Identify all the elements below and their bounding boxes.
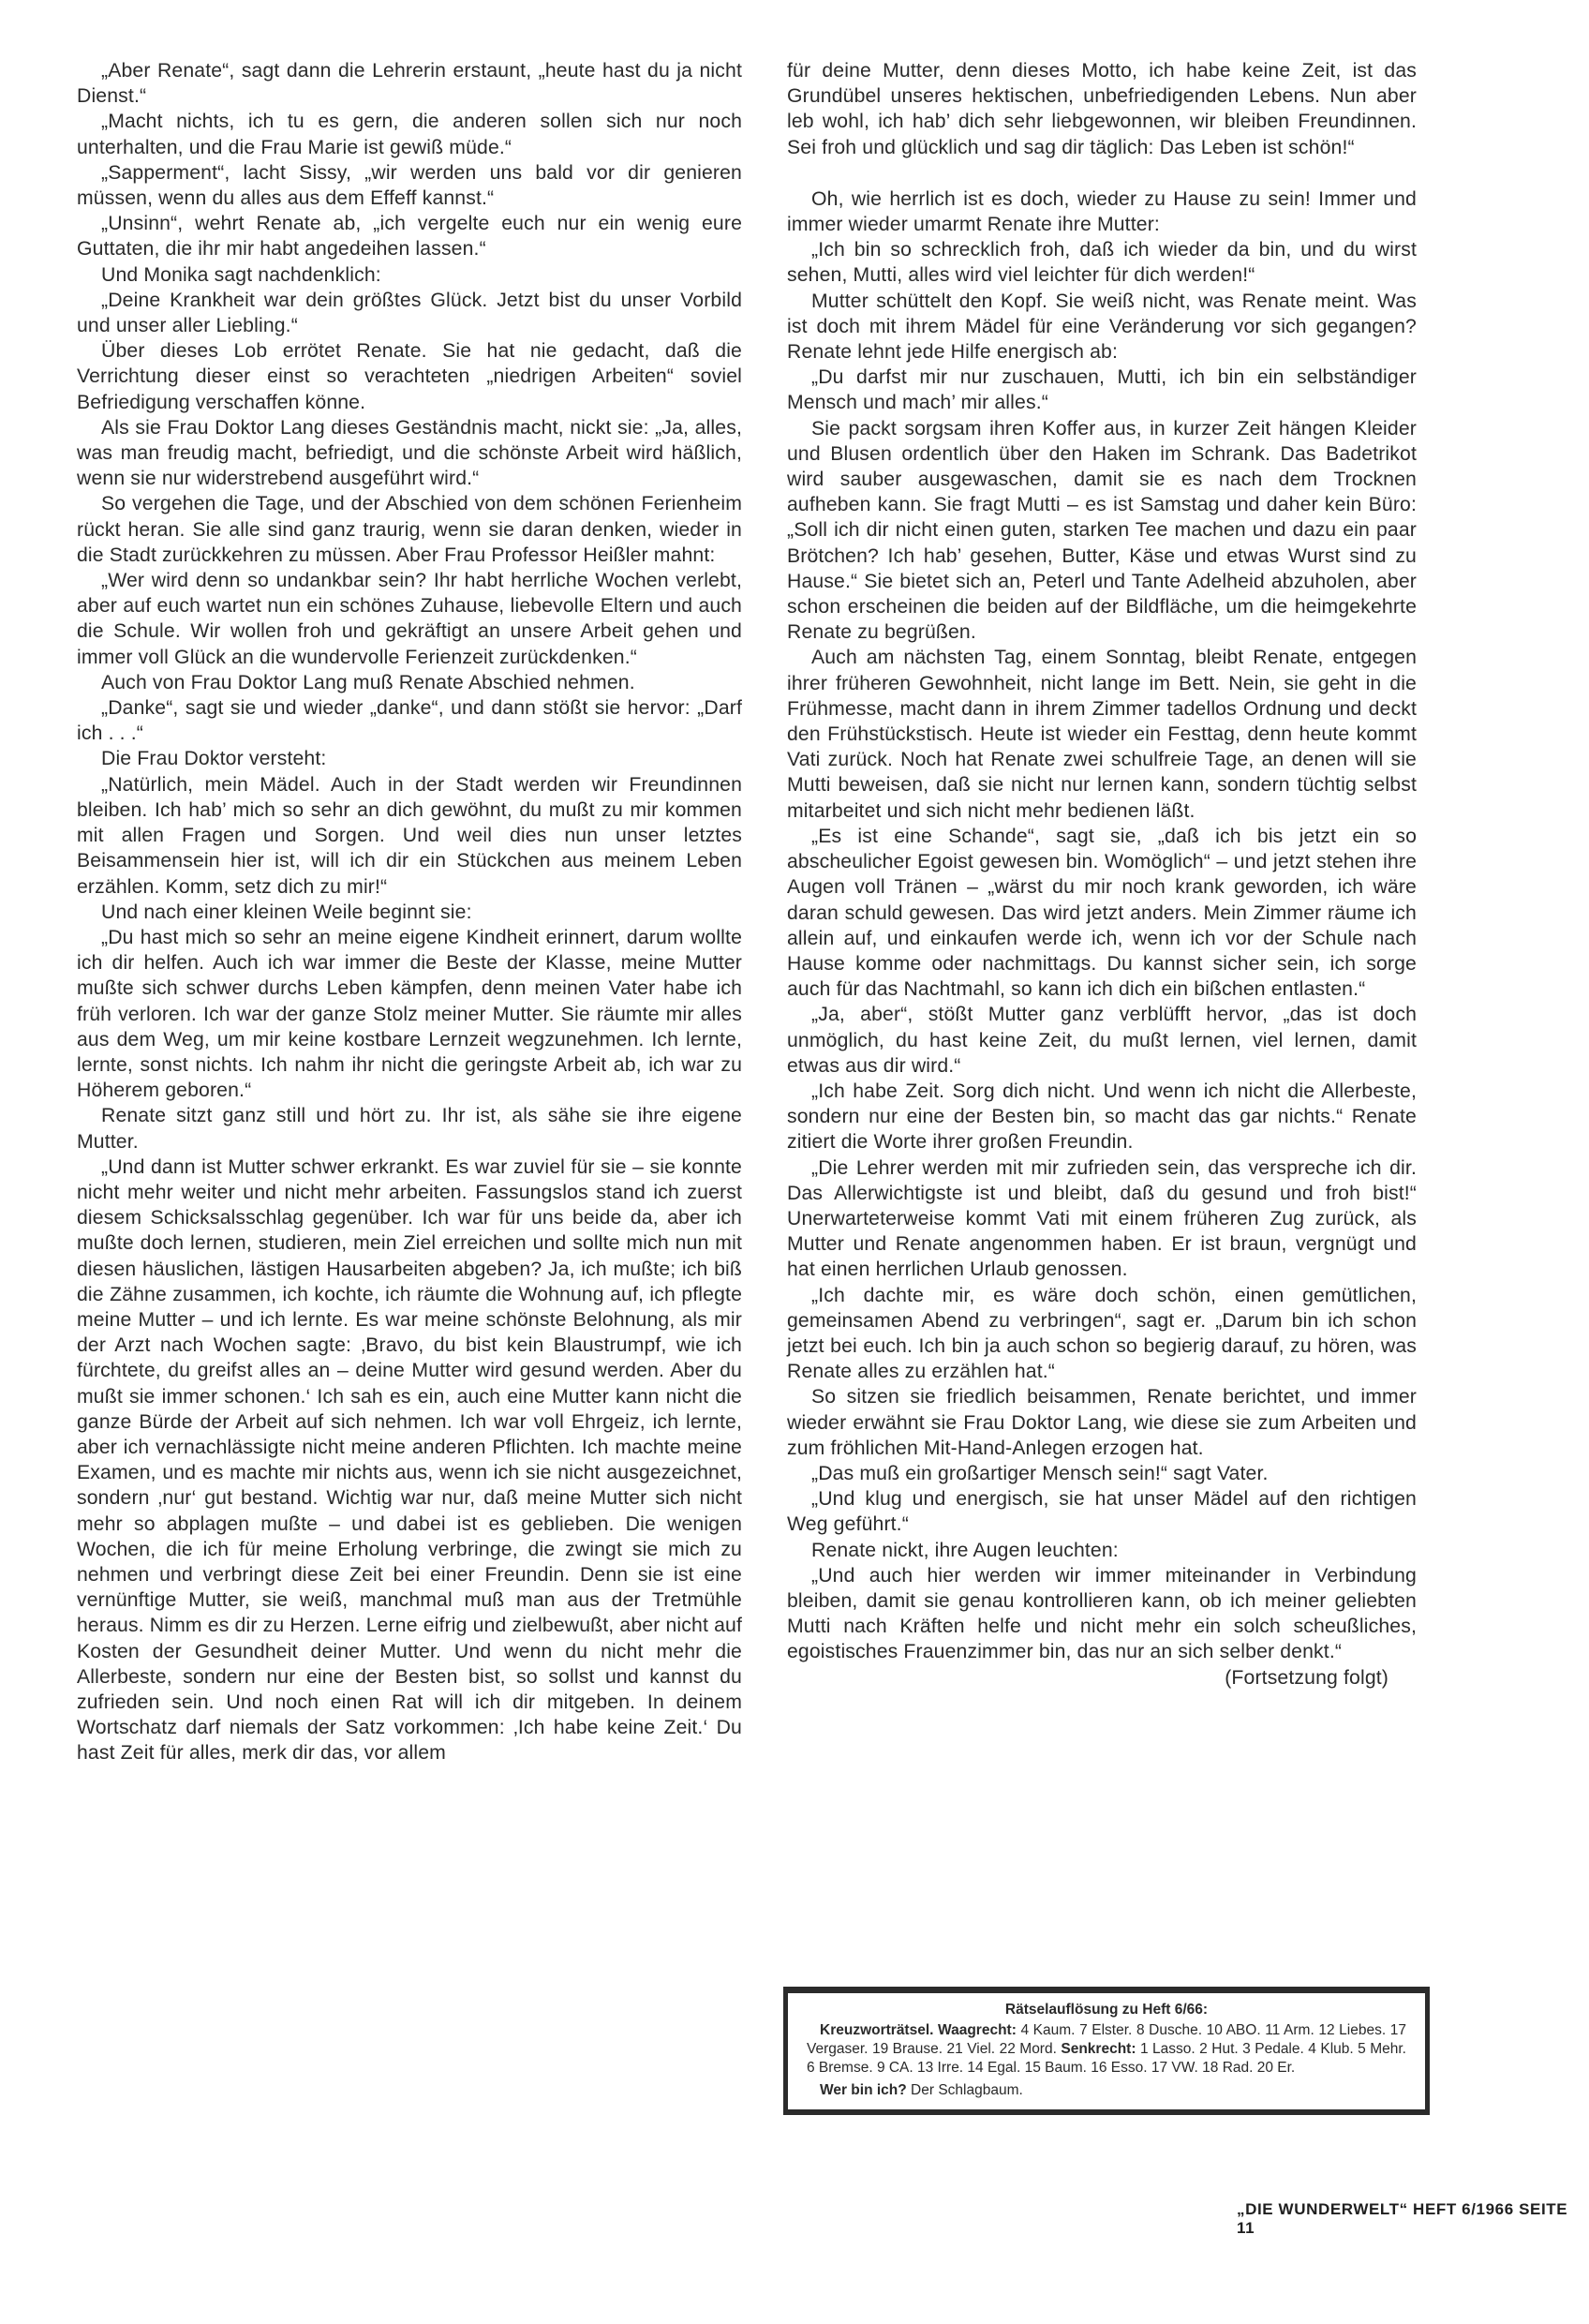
paragraph: „Sapperment“, lacht Sissy, „wir werden u…	[77, 160, 742, 211]
page-footer: „DIE WUNDERWELT“ HEFT 6/1966 SEITE 11	[1237, 2200, 1589, 2238]
who-am-i-answer: Der Schlagbaum.	[911, 2082, 1023, 2098]
paragraph: „Du darfst mir nur zuschauen, Mutti, ich…	[787, 365, 1417, 415]
who-am-i-solution: Wer bin ich? Der Schlagbaum.	[807, 2081, 1406, 2100]
continued-paragraph: für deine Mutter, denn dieses Motto, ich…	[787, 58, 1417, 160]
across-label: Waagrecht:	[938, 2022, 1017, 2038]
who-am-i-label: Wer bin ich?	[820, 2082, 907, 2098]
crossword-solution: Kreuzworträtsel. Waagrecht: 4 Kaum. 7 El…	[807, 2021, 1406, 2078]
paragraph: So sitzen sie friedlich beisammen, Renat…	[787, 1384, 1417, 1461]
paragraph: Oh, wie herrlich ist es doch, wieder zu …	[787, 186, 1417, 237]
paragraph: Die Frau Doktor versteht:	[77, 746, 742, 771]
paragraph: Auch am nächsten Tag, einem Sonntag, ble…	[787, 645, 1417, 823]
paragraph: Renate sitzt ganz still und hört zu. Ihr…	[77, 1103, 742, 1154]
paragraph: „Die Lehrer werden mit mir zufrieden sei…	[787, 1155, 1417, 1283]
paragraph: „Natürlich, mein Mädel. Auch in der Stad…	[77, 772, 742, 900]
paragraph: So vergehen die Tage, und der Abschied v…	[77, 491, 742, 568]
paragraph: „Und klug und energisch, sie hat unser M…	[787, 1486, 1417, 1537]
final-paragraph: „Und auch hier werden wir immer miteinan…	[787, 1563, 1417, 1665]
left-text-column: „Aber Renate“, sagt dann die Lehrerin er…	[77, 58, 742, 1766]
paragraph: Über dieses Lob errötet Renate. Sie hat …	[77, 338, 742, 415]
paragraph: „Das muß ein großartiger Mensch sein!“ s…	[787, 1461, 1417, 1486]
paragraph: Und nach einer kleinen Weile beginnt sie…	[77, 900, 742, 925]
paragraph: „Ja, aber“, stößt Mutter ganz verblüfft …	[787, 1002, 1417, 1079]
paragraph: „Unsinn“, wehrt Renate ab, „ich vergelte…	[77, 211, 742, 261]
paragraph: „Wer wird denn so undankbar sein? Ihr ha…	[77, 568, 742, 670]
down-label: Senkrecht:	[1061, 2041, 1136, 2057]
paragraph: Und Monika sagt nachdenklich:	[77, 262, 742, 288]
paragraph: „Aber Renate“, sagt dann die Lehrerin er…	[77, 58, 742, 109]
paragraph: Als sie Frau Doktor Lang dieses Geständn…	[77, 415, 742, 492]
paragraph: „Es ist eine Schande“, sagt sie, „daß ic…	[787, 824, 1417, 1002]
paragraph: „Du hast mich so sehr an meine eigene Ki…	[77, 925, 742, 1103]
puzzle-solution-box: Rätselauflösung zu Heft 6/66: Kreuzwortr…	[783, 1987, 1430, 2115]
paragraph: Sie packt sorgsam ihren Koffer aus, in k…	[787, 416, 1417, 646]
paragraph: „Ich dachte mir, es wäre doch schön, ein…	[787, 1283, 1417, 1385]
paragraph: „Ich bin so schrecklich froh, daß ich wi…	[787, 237, 1417, 288]
magazine-page: „Aber Renate“, sagt dann die Lehrerin er…	[0, 0, 1589, 2324]
right-text-column: für deine Mutter, denn dieses Motto, ich…	[787, 58, 1417, 1691]
paragraph: Renate nickt, ihre Augen leuchten:	[787, 1538, 1417, 1563]
puzzle-solution-title: Rätselauflösung zu Heft 6/66:	[807, 2001, 1406, 2019]
paragraph: „Macht nichts, ich tu es gern, die ander…	[77, 109, 742, 159]
final-paragraph-text: „Und auch hier werden wir immer miteinan…	[787, 1565, 1417, 1663]
crossword-label: Kreuzworträtsel.	[820, 2022, 933, 2038]
paragraph: Mutter schüttelt den Kopf. Sie weiß nich…	[787, 289, 1417, 365]
paragraph: „Ich habe Zeit. Sorg dich nicht. Und wen…	[787, 1079, 1417, 1155]
paragraph: Auch von Frau Doktor Lang muß Renate Abs…	[77, 670, 742, 695]
paragraph: „Und dann ist Mutter schwer erkrankt. Es…	[77, 1155, 742, 1766]
to-be-continued-note: (Fortsetzung folgt)	[1200, 1665, 1389, 1691]
paragraph: „Deine Krankheit war dein größtes Glück.…	[77, 288, 742, 338]
paragraph: „Danke“, sagt sie und wieder „danke“, un…	[77, 695, 742, 746]
